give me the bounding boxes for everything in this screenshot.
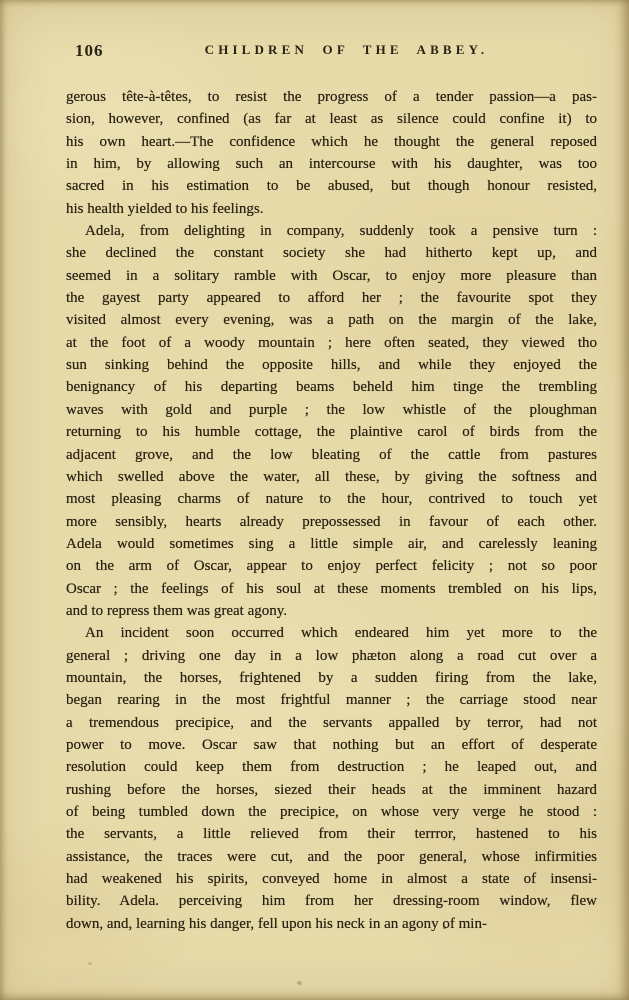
text-line: benignancy of his departing beams beheld… [66,376,597,398]
paper-speck [88,962,92,965]
book-page-scan: 106 CHILDREN OF THE ABBEY. gerous tête-à… [0,0,629,1000]
text-line: sacred in his estimation to be abused, b… [66,175,597,197]
text-line: which swelled above the water, all these… [66,466,597,488]
text-line: had weakened his spirits, conveyed home … [66,868,597,890]
text-line: rushing before the horses, siezed their … [66,779,597,801]
page-content: 106 CHILDREN OF THE ABBEY. gerous tête-à… [66,42,597,935]
text-line: she declined the constant society she ha… [66,242,597,264]
text-line: down, and, learning his danger, fell upo… [66,913,597,935]
paper-speck [297,981,302,985]
text-line: Adela, from delighting in company, sudde… [66,220,597,242]
text-line: resolution could keep them from destruct… [66,756,597,778]
text-line: of being tumbled down the precipice, on … [66,801,597,823]
text-line: began rearing in the most frightful mann… [66,689,597,711]
text-line: waves with gold and purple ; the low whi… [66,399,597,421]
text-line: the gayest party appeared to afford her … [66,287,597,309]
text-line: Oscar ; the feelings of his soul at thes… [66,578,597,600]
page-number: 106 [75,41,104,61]
text-line: his own heart.—The confidence which he t… [66,131,597,153]
text-line: the servants, a little relieved from the… [66,823,597,845]
text-line: power to move. Oscar saw that nothing bu… [66,734,597,756]
text-line: bility. Adela. perceiving him from her d… [66,890,597,912]
page-body-text: gerous tête-à-têtes, to resist the progr… [66,86,597,935]
page-header: 106 CHILDREN OF THE ABBEY. [66,42,597,62]
text-line: seemed in a solitary ramble with Oscar, … [66,265,597,287]
text-line: in him, by allowing such an intercourse … [66,153,597,175]
text-line: assistance, the traces were cut, and the… [66,846,597,868]
text-line: Adela would sometimes sing a little simp… [66,533,597,555]
running-title: CHILDREN OF THE ABBEY. [66,42,597,58]
text-line: sun sinking behind the opposite hills, a… [66,354,597,376]
text-line: most pleasing charms of nature to the ho… [66,488,597,510]
text-line: on the arm of Oscar, appear to enjoy per… [66,555,597,577]
text-line: sion, however, confined (as far at least… [66,108,597,130]
text-line: An incident soon occurred which endeared… [66,622,597,644]
text-line: adjacent grove, and the low bleating of … [66,444,597,466]
text-line: and to repress them was great agony. [66,600,597,622]
text-line: returning to his humble cottage, the pla… [66,421,597,443]
text-line: gerous tête-à-têtes, to resist the progr… [66,86,597,108]
text-line: visited almost every evening, was a path… [66,309,597,331]
text-line: general ; driving one day in a low phæto… [66,645,597,667]
text-line: mountain, the horses, frightened by a su… [66,667,597,689]
text-line: at the foot of a woody mountain ; here o… [66,332,597,354]
text-line: more sensibly, hearts already prepossess… [66,511,597,533]
text-line: his health yielded to his feelings. [66,198,597,220]
text-line: a tremendous precipice, and the servants… [66,712,597,734]
